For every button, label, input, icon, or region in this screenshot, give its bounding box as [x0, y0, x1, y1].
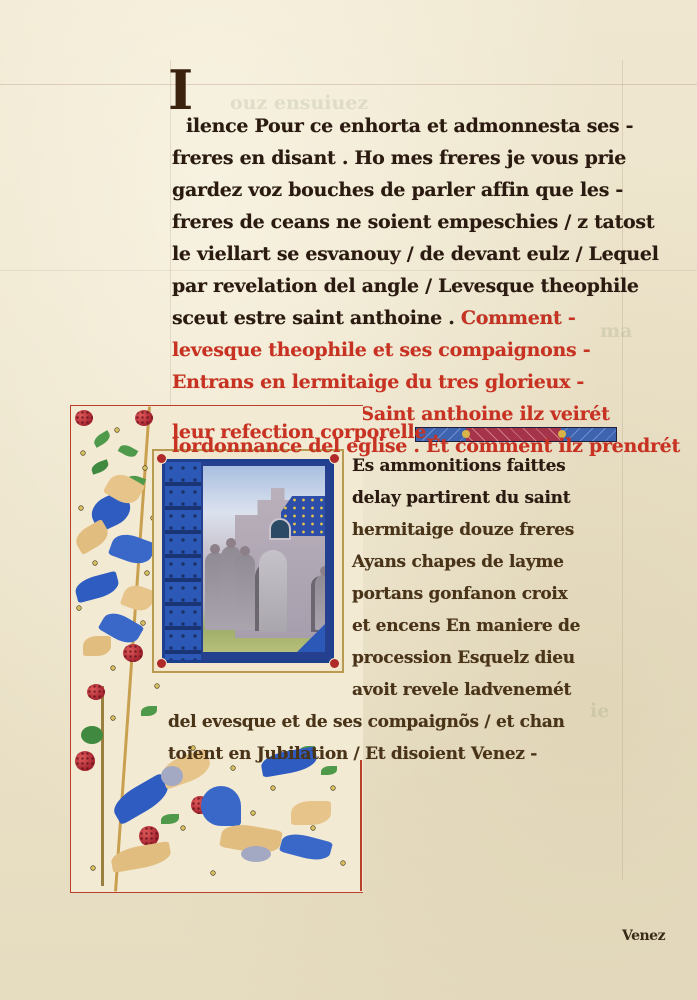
hermit-figure	[259, 550, 287, 632]
miniature-scene	[203, 466, 325, 652]
text-line: et encens En maniere de	[352, 614, 580, 638]
strawberry-icon	[123, 644, 143, 662]
text-line: portans gonfanon croix	[352, 582, 567, 606]
rubric-line: levesque theophile et ses compaignons -	[172, 338, 590, 362]
strawberry-icon	[135, 410, 153, 426]
rubric-start: Comment -	[461, 307, 575, 329]
historiated-initial	[152, 449, 344, 673]
text-line: toient en Jubilation / Et disoient Venez…	[168, 742, 537, 766]
manuscript-page: ouz ensuiuez ma ie I ilence Pour ce enho…	[0, 0, 697, 1000]
catchword: Venez	[622, 928, 665, 944]
text-line: par revelation del angle / Levesque theo…	[172, 274, 639, 298]
strawberry-icon	[87, 684, 105, 700]
text-line: ilence Pour ce enhorta et admonnesta ses…	[186, 114, 633, 138]
strawberry-icon	[75, 751, 95, 771]
rubric-line: Entrans en lermitaige du tres glorieux -	[172, 370, 584, 394]
text-line: del evesque et de ses compaignõs / et ch…	[168, 710, 565, 734]
monk-figure	[235, 554, 255, 630]
strawberry-icon	[75, 410, 93, 426]
text-line: sceut estre saint anthoine . Comment -	[172, 306, 575, 330]
text-line: procession Esquelz dieu	[352, 646, 575, 670]
ruling-line	[0, 270, 697, 271]
text-fragment: sceut estre saint anthoine .	[172, 307, 461, 329]
text-line: avoit revele ladvenemét	[352, 678, 571, 702]
text-line: delay partirent du saint	[352, 486, 570, 510]
text-line: hermitaige douze freres	[352, 518, 574, 542]
ruling-line	[0, 84, 697, 85]
gothic-window	[269, 518, 291, 540]
figure-in-doorway	[315, 574, 325, 630]
text-line: le viellart se esvanouy / de devant eulz…	[172, 242, 659, 266]
rubric-line: leur refection corporelle .	[172, 420, 439, 444]
border-frame	[360, 760, 362, 891]
text-line: freres en disant . Ho mes freres je vous…	[172, 146, 626, 170]
initial-letter-stem	[165, 462, 201, 660]
text-line: Ayans chapes de layme	[352, 550, 564, 574]
text-line: freres de ceans ne soient empeschies / z…	[172, 210, 654, 234]
text-line: gardez voz bouches de parler affin que l…	[172, 178, 623, 202]
decorated-initial-I: I	[168, 60, 193, 120]
